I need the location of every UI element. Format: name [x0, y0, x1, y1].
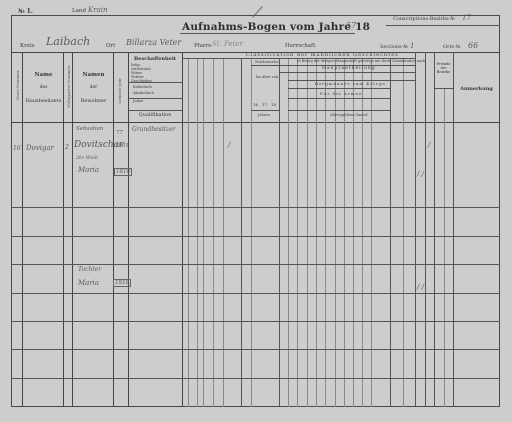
age-footer: Altersgrößen Clausel — [330, 114, 368, 118]
age-label: 18 — [271, 103, 276, 107]
col-divider — [182, 52, 183, 407]
row-separator — [11, 293, 500, 294]
col-divider — [213, 58, 214, 407]
col-header-hausbesitzers: Hausbesitzers — [24, 98, 63, 104]
census-form-sheet: № 1. Land Krain Aufnahms-Bogen vom Jahre… — [0, 0, 512, 422]
header-bottom-rule — [11, 122, 500, 123]
religion-row: Katholisch — [133, 86, 152, 90]
col-divider — [415, 52, 416, 407]
col-divider — [22, 52, 23, 407]
header-rule — [288, 88, 390, 89]
header-rule — [128, 110, 182, 111]
col-header-name: Name — [24, 72, 63, 78]
entry-geburtsjahr: 77 — [116, 130, 123, 136]
entry-hausbesitzer: Dovigar — [26, 144, 54, 152]
entry-qualifikation: Grundbesitzer — [132, 126, 176, 133]
entry-bewohner-line: 2te Weib — [76, 155, 98, 161]
nachwuchs-header: Nachwuchs — [255, 60, 279, 64]
entry-geburtsjahr: 1818 — [113, 279, 131, 287]
beschaffenheit-row: Geschieden — [131, 80, 152, 84]
header-rule — [288, 110, 390, 111]
entry-geburtsjahr: 1801 — [115, 143, 129, 149]
entry-bewohner-line: Tochter — [78, 266, 101, 273]
fremde-header: Fremde der Bezirke — [434, 62, 453, 74]
header-rule — [434, 88, 453, 89]
col-header-geburtsjahr: Geburts-Jahr — [117, 78, 122, 104]
entry-haus-nr: 10 — [13, 145, 21, 152]
col-divider — [434, 52, 435, 407]
col-divider — [241, 58, 242, 407]
row-separator — [11, 378, 500, 379]
header-rule — [279, 72, 415, 73]
col-header-qualifikation: Qualifikation — [128, 112, 182, 118]
col-divider — [279, 58, 280, 407]
classification-header: Classification der männlichen Geschlecht… — [246, 53, 399, 58]
bergmaenner-header: Bergmänner zum Kriege — [315, 82, 386, 86]
armee-header: Für die Armee — [320, 92, 362, 96]
row-separator — [11, 321, 500, 322]
entry-bewohner-line: Maria — [78, 279, 99, 287]
col-divider — [203, 58, 204, 407]
col-header-wohnpartei: Wohnpartei-Nummer — [66, 65, 71, 108]
nachwuchs-sub: Im Alter von — [256, 76, 278, 80]
col-divider — [390, 58, 391, 407]
age-label: 16 — [253, 103, 258, 107]
col-header-namen: Namen — [74, 72, 113, 78]
col-divider — [403, 58, 404, 407]
header-rule — [288, 98, 390, 99]
land-label: Land — [72, 9, 86, 15]
col-divider — [425, 52, 426, 407]
nachwuchs-footer: Jahren — [258, 114, 270, 118]
row-separator — [11, 236, 500, 237]
col-divider — [128, 52, 129, 407]
entry-partei-nr: 2 — [65, 144, 69, 151]
hauptabtheilung-header: Hauptabtheilung — [322, 67, 376, 72]
col-divider — [72, 52, 73, 407]
entry-geburtsjahr: 1810 — [114, 168, 132, 176]
tally-mark: / / — [417, 283, 424, 291]
col-header-beschaffenheit: Beschaffenheit — [128, 56, 182, 62]
tally-mark: / — [428, 141, 430, 149]
row-separator — [11, 264, 500, 265]
col-header-haus-nummer: Haus-Nummer — [15, 70, 20, 100]
religion-row: Juden — [133, 100, 143, 104]
col-header-des: des — [24, 85, 63, 90]
col-header-der: der — [74, 85, 113, 90]
col-divider — [223, 58, 224, 407]
col-divider — [113, 52, 114, 407]
col-divider — [188, 58, 189, 407]
row-separator — [11, 207, 500, 208]
title-underline — [180, 33, 355, 34]
religion-row: Akatholisch — [133, 92, 154, 96]
entry-bewohner-line: Maria — [78, 166, 99, 174]
age-label: 17 — [262, 103, 267, 107]
entry-bewohner-line: Sebastian — [76, 126, 103, 132]
land-value: Krain — [88, 6, 108, 14]
row-separator — [11, 349, 500, 350]
reserve-header: In Bezug der übrigen Mannschaft gehörige… — [297, 60, 425, 64]
col-divider — [63, 52, 64, 407]
col-divider — [444, 88, 445, 407]
col-header-bewohner: Bewohner — [74, 98, 113, 104]
tally-mark: / — [228, 141, 230, 149]
conscription-underline — [386, 25, 500, 26]
header-rule — [251, 110, 279, 111]
col-header-anmerkung: Anmerkung — [453, 86, 500, 92]
col-divider — [197, 58, 198, 407]
tally-mark: / / — [417, 170, 424, 178]
col-divider — [453, 52, 454, 407]
